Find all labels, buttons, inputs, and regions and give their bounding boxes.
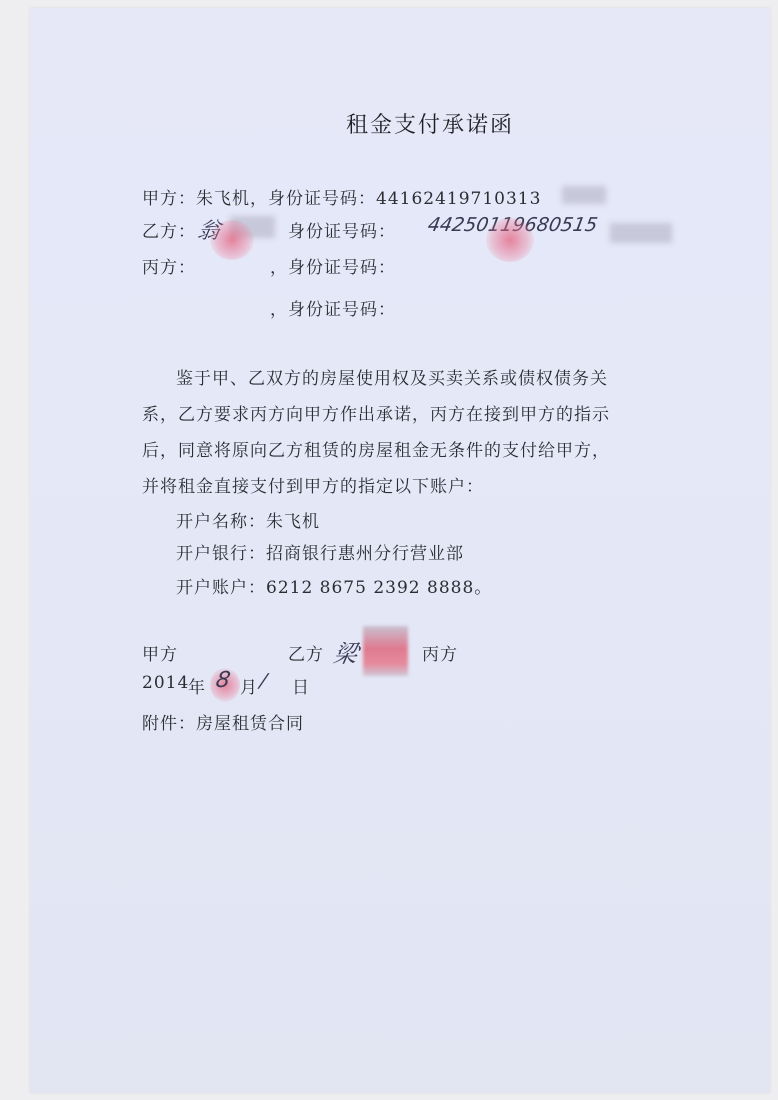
party-b-id-redaction: [610, 223, 672, 243]
fingerprint-stamp: [486, 218, 534, 262]
attachment-value: 房屋租赁合同: [196, 714, 304, 734]
party-a-id-number: 44162419710313: [376, 189, 541, 209]
party-b-id-label: 身份证号码：: [288, 217, 396, 242]
account-bank-row: 开户银行：招商银行惠州分行营业部: [176, 539, 464, 564]
party-a-line: 甲方：朱飞机，身份证号码：44162419710313: [142, 184, 541, 209]
party-a-label: 甲方：: [142, 189, 196, 209]
party-a-id-redaction: [562, 186, 606, 204]
party-a-name: 朱飞机，: [196, 189, 268, 209]
account-number-row: 开户账户：6212 8675 2392 8888。: [176, 573, 492, 598]
account-name-label: 开户名称：: [176, 512, 266, 532]
date-day-handwritten: /: [258, 670, 268, 692]
date-year: 2014: [142, 673, 189, 693]
document-page: 租金支付承诺函 甲方：朱飞机，身份证号码：44162419710313 乙方： …: [30, 8, 770, 1093]
fingerprint-stamp: [210, 220, 254, 260]
account-name-row: 开户名称：朱飞机: [176, 507, 320, 532]
date-month-unit: 月: [240, 673, 258, 698]
date-day-unit: 日: [292, 673, 310, 698]
attachment-row: 附件：房屋租赁合同: [142, 709, 304, 734]
document-title: 租金支付承诺函: [346, 108, 514, 139]
party-b-label: 乙方：: [142, 217, 196, 242]
signature-party-c-label: 丙方: [422, 640, 458, 665]
party-c-label: 丙方：: [142, 253, 196, 278]
signature-party-a-label: 甲方: [142, 640, 178, 665]
attachment-label: 附件：: [142, 714, 196, 734]
party-c-id-label: 身份证号码：: [288, 253, 396, 278]
account-bank-label: 开户银行：: [176, 544, 266, 564]
signature-party-b-label: 乙方: [288, 640, 324, 665]
body-line-2: 系，乙方要求丙方向甲方作出承诺，丙方在接到甲方的指示: [142, 400, 610, 425]
body-line-1: 鉴于甲、乙双方的房屋使用权及买卖关系或债权债务关: [176, 364, 608, 389]
body-line-3: 后，同意将原向乙方租赁的房屋租金无条件的支付给甲方，: [142, 436, 610, 461]
party-a-id-label: 身份证号码：: [268, 189, 376, 209]
account-number-label: 开户账户：: [176, 578, 266, 598]
account-bank-value: 招商银行惠州分行营业部: [266, 544, 464, 564]
account-number-value: 6212 8675 2392 8888。: [266, 578, 492, 598]
signature-party-b-handwritten: 梁: [331, 634, 361, 669]
party-d-id-label: 身份证号码：: [288, 295, 396, 320]
party-d-name-separator: ，: [270, 295, 288, 320]
account-name-value: 朱飞机: [266, 512, 320, 532]
date-year-unit: 年: [188, 673, 206, 698]
party-c-name-separator: ，: [270, 253, 288, 278]
body-line-4: 并将租金直接支付到甲方的指定以下账户：: [142, 472, 484, 497]
signature-redaction: [363, 626, 408, 676]
